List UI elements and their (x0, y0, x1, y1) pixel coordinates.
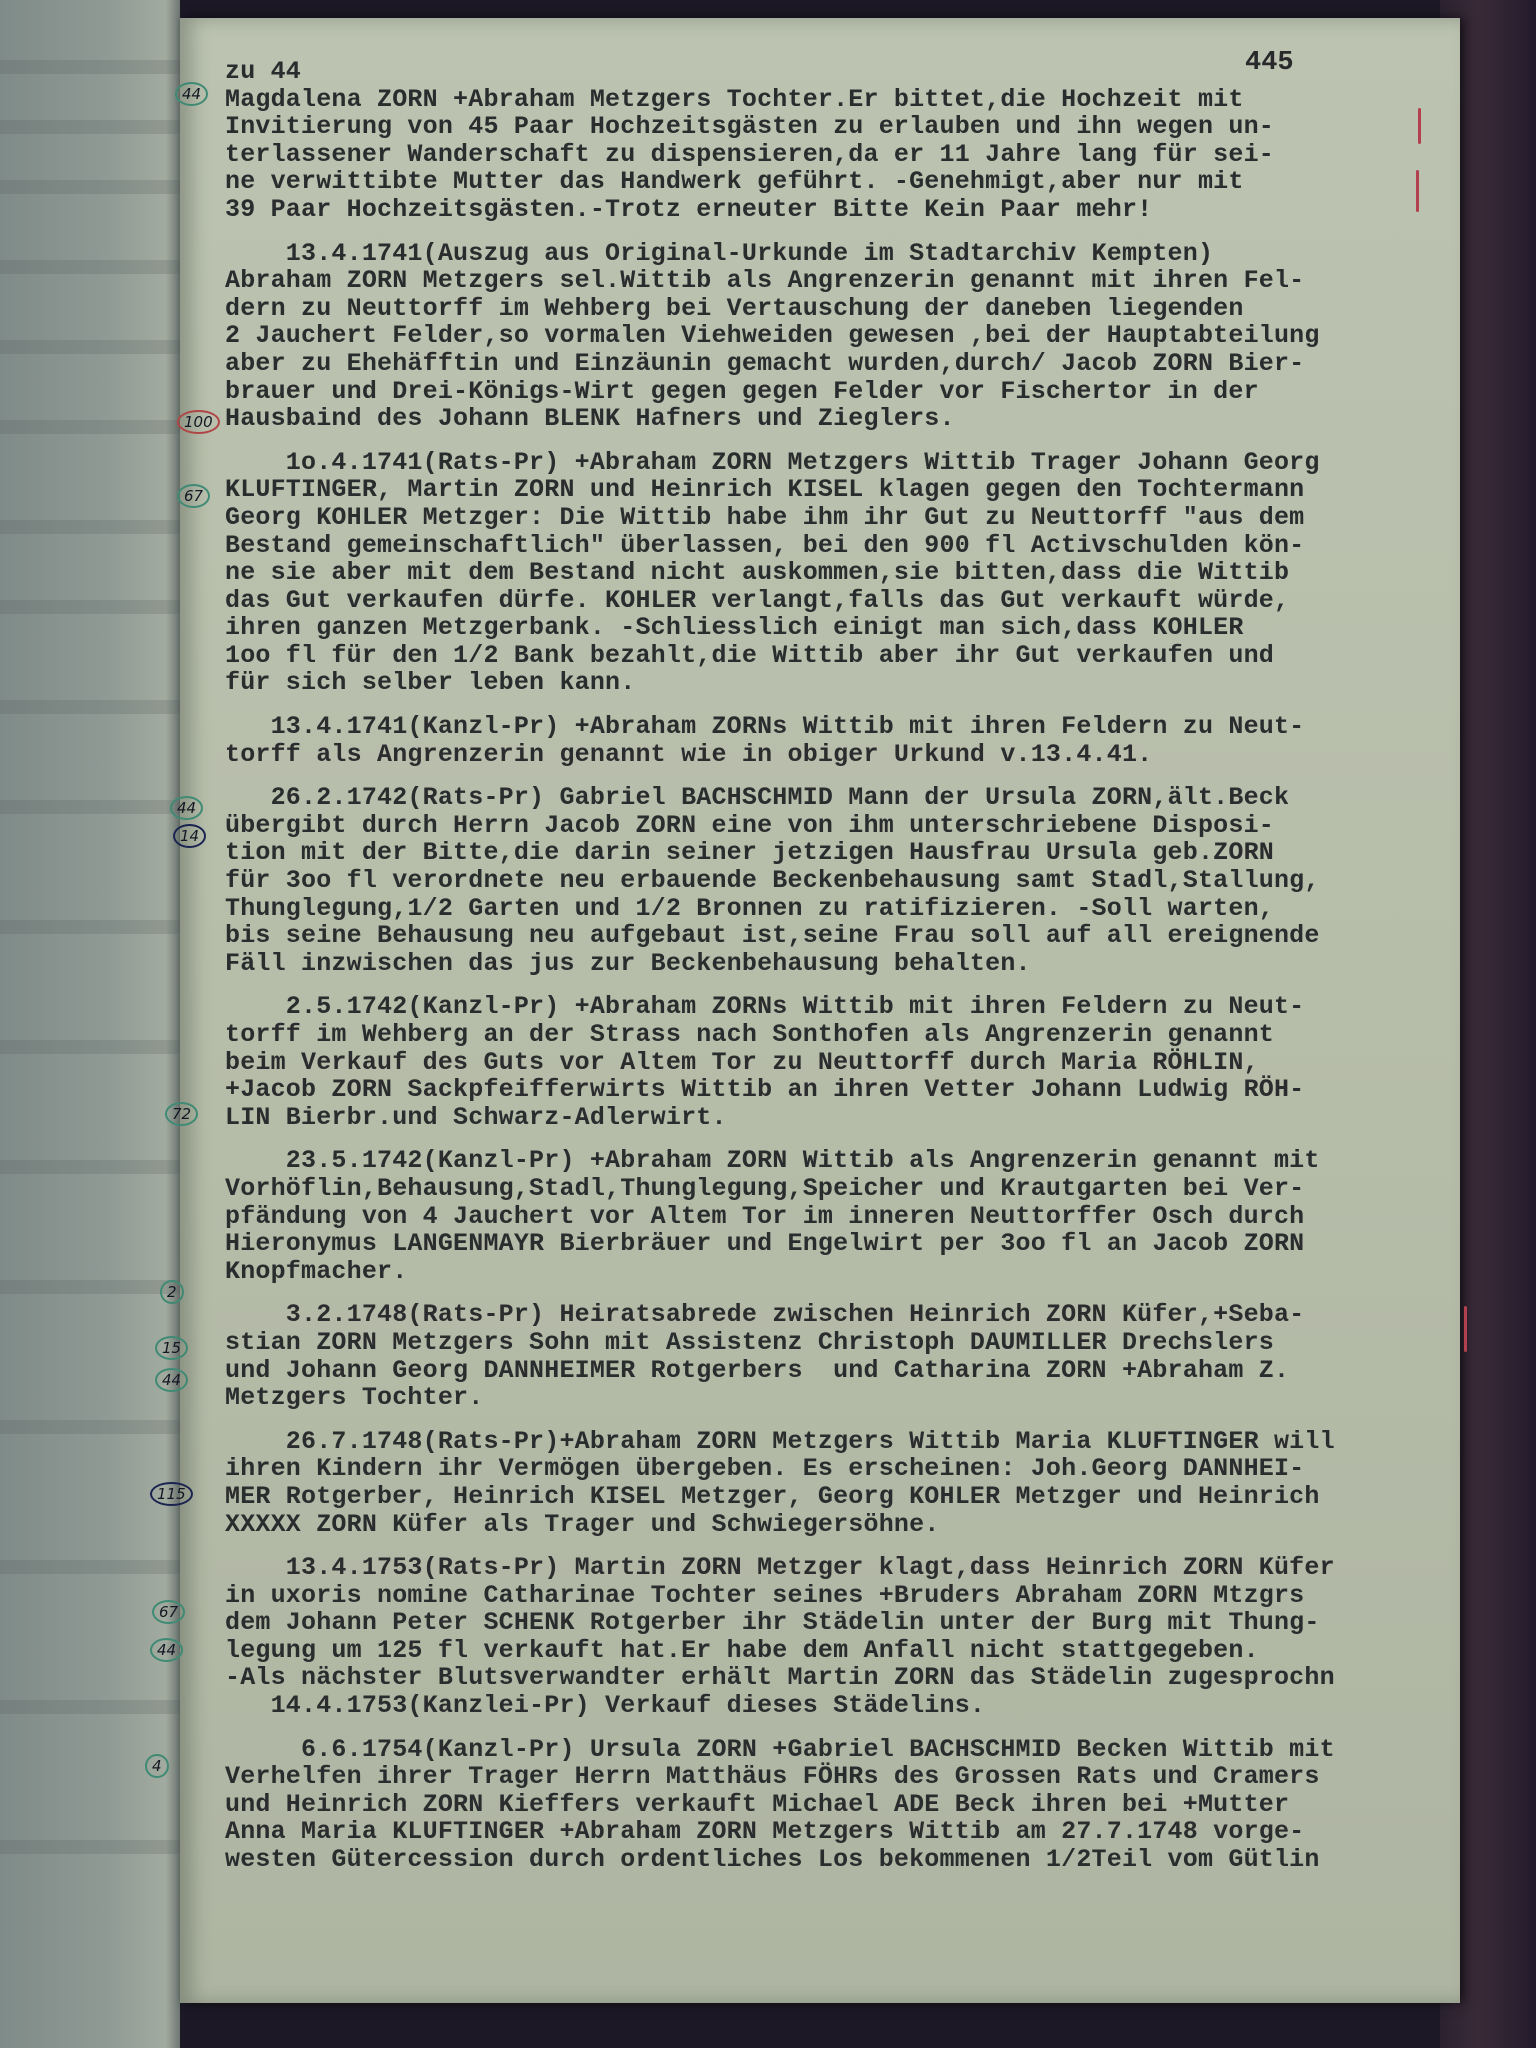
text-line: für sich selber leben kann. (225, 669, 1455, 697)
text-line: KLUFTINGER, Martin ZORN und Heinrich KIS… (225, 476, 1455, 504)
entry: 13.4.1741(Auszug aus Original-Urkunde im… (225, 240, 1455, 433)
margin-annotation: 44 (175, 82, 208, 106)
margin-annotation: 72 (165, 1102, 198, 1126)
text-line: 13.4.1741(Auszug aus Original-Urkunde im… (225, 240, 1455, 268)
text-line: 39 Paar Hochzeitsgästen.-Trotz erneuter … (225, 196, 1455, 224)
text-line: übergibt durch Herrn Jacob ZORN eine von… (225, 812, 1455, 840)
text-line: 6.6.1754(Kanzl-Pr) Ursula ZORN +Gabriel … (225, 1736, 1455, 1764)
text-line: 13.4.1753(Rats-Pr) Martin ZORN Metzger k… (225, 1554, 1455, 1582)
red-margin-mark (1416, 170, 1419, 212)
text-line: 23.5.1742(Kanzl-Pr) +Abraham ZORN Wittib… (225, 1147, 1455, 1175)
text-line: 3.2.1748(Rats-Pr) Heiratsabrede zwischen… (225, 1301, 1455, 1329)
text-line: pfändung von 4 Jauchert vor Altem Tor im… (225, 1203, 1455, 1231)
text-line: +Jacob ZORN Sackpfeifferwirts Wittib an … (225, 1076, 1455, 1104)
margin-annotation: 44 (155, 1368, 188, 1392)
text-line: torff als Angrenzerin genannt wie in obi… (225, 741, 1455, 769)
entry: 26.7.1748(Rats-Pr)+Abraham ZORN Metzgers… (225, 1428, 1455, 1538)
text-line: Anna Maria KLUFTINGER +Abraham ZORN Metz… (225, 1818, 1455, 1846)
text-line: Invitierung von 45 Paar Hochzeitsgästen … (225, 113, 1455, 141)
text-line: XXXXX ZORN Küfer als Trager und Schwiege… (225, 1511, 1455, 1539)
text-line: dem Johann Peter SCHENK Rotgerber ihr St… (225, 1609, 1455, 1637)
text-line: beim Verkauf des Guts vor Altem Tor zu N… (225, 1049, 1455, 1077)
text-line: brauer und Drei-Königs-Wirt gegen gegen … (225, 378, 1455, 406)
document-page: 445 zu 44Magdalena ZORN +Abraham Metzger… (180, 18, 1460, 2003)
text-line: Knopfmacher. (225, 1258, 1455, 1286)
entry: 1o.4.1741(Rats-Pr) +Abraham ZORN Metzger… (225, 449, 1455, 697)
text-line: aber zu Ehehäfftin und Einzäunin gemacht… (225, 350, 1455, 378)
text-line: stian ZORN Metzgers Sohn mit Assistenz C… (225, 1329, 1455, 1357)
margin-annotation: 100 (177, 410, 220, 434)
margin-annotation: 44 (170, 796, 203, 820)
text-line: 26.7.1748(Rats-Pr)+Abraham ZORN Metzgers… (225, 1428, 1455, 1456)
text-line: ihren Kindern ihr Vermögen übergeben. Es… (225, 1455, 1455, 1483)
text-line: ne verwittibte Mutter das Handwerk gefüh… (225, 168, 1455, 196)
entry: zu 44Magdalena ZORN +Abraham Metzgers To… (225, 58, 1455, 224)
text-line: 1o.4.1741(Rats-Pr) +Abraham ZORN Metzger… (225, 449, 1455, 477)
text-line: 26.2.1742(Rats-Pr) Gabriel BACHSCHMID Ma… (225, 784, 1455, 812)
entry: 2.5.1742(Kanzl-Pr) +Abraham ZORNs Wittib… (225, 993, 1455, 1131)
margin-annotation: 15 (155, 1336, 188, 1360)
entry: 6.6.1754(Kanzl-Pr) Ursula ZORN +Gabriel … (225, 1736, 1455, 1874)
text-line: in uxoris nomine Catharinae Tochter sein… (225, 1582, 1455, 1610)
text-line: ne sie aber mit dem Bestand nicht auskom… (225, 559, 1455, 587)
text-line: terlassener Wanderschaft zu dispensieren… (225, 141, 1455, 169)
text-line: Thunglegung,1/2 Garten und 1/2 Bronnen z… (225, 895, 1455, 923)
text-line: Metzgers Tochter. (225, 1384, 1455, 1412)
text-line: Hieronymus LANGENMAYR Bierbräuer und Eng… (225, 1230, 1455, 1258)
text-line: 1oo fl für den 1/2 Bank bezahlt,die Witt… (225, 642, 1455, 670)
text-line: 2 Jauchert Felder,so vormalen Viehweiden… (225, 322, 1455, 350)
red-margin-mark (1418, 108, 1421, 144)
text-line: MER Rotgerber, Heinrich KISEL Metzger, G… (225, 1483, 1455, 1511)
text-line: Abraham ZORN Metzgers sel.Wittib als Ang… (225, 267, 1455, 295)
text-line: dern zu Neuttorff im Wehberg bei Vertaus… (225, 295, 1455, 323)
text-line: Magdalena ZORN +Abraham Metzgers Tochter… (225, 86, 1455, 114)
typewritten-text: zu 44Magdalena ZORN +Abraham Metzgers To… (225, 58, 1455, 1874)
text-line: westen Gütercession durch ordentliches L… (225, 1846, 1455, 1874)
text-line: 2.5.1742(Kanzl-Pr) +Abraham ZORNs Wittib… (225, 993, 1455, 1021)
text-line: Fäll inzwischen das jus zur Beckenbehaus… (225, 950, 1455, 978)
margin-annotation: 4 (145, 1754, 169, 1778)
text-line: ihren ganzen Metzgerbank. -Schliesslich … (225, 614, 1455, 642)
margin-annotation: 67 (177, 484, 210, 508)
margin-annotation: 44 (150, 1638, 183, 1662)
facing-page-left (0, 0, 180, 2048)
entry: 13.4.1741(Kanzl-Pr) +Abraham ZORNs Witti… (225, 713, 1455, 768)
entry: 3.2.1748(Rats-Pr) Heiratsabrede zwischen… (225, 1301, 1455, 1411)
text-line: bis seine Behausung neu aufgebaut ist,se… (225, 922, 1455, 950)
text-line: und Heinrich ZORN Kieffers verkauft Mich… (225, 1791, 1455, 1819)
text-line: torff im Wehberg an der Strass nach Sont… (225, 1021, 1455, 1049)
text-line: 13.4.1741(Kanzl-Pr) +Abraham ZORNs Witti… (225, 713, 1455, 741)
text-line: LIN Bierbr.und Schwarz-Adlerwirt. (225, 1104, 1455, 1132)
text-line: tion mit der Bitte,die darin seiner jetz… (225, 839, 1455, 867)
text-line: Georg KOHLER Metzger: Die Wittib habe ih… (225, 504, 1455, 532)
margin-annotation: 67 (152, 1600, 185, 1624)
margin-annotation: 2 (160, 1280, 184, 1304)
text-line: für 3oo fl verordnete neu erbauende Beck… (225, 867, 1455, 895)
text-line: Verhelfen ihrer Trager Herrn Matthäus FÖ… (225, 1763, 1455, 1791)
text-line: Vorhöflin,Behausung,Stadl,Thunglegung,Sp… (225, 1175, 1455, 1203)
red-margin-mark (1464, 1306, 1467, 1352)
text-line: Bestand gemeinschaftlich" überlassen, be… (225, 532, 1455, 560)
text-line: -Als nächster Blutsverwandter erhält Mar… (225, 1664, 1455, 1692)
text-line: Hausbaind des Johann BLENK Hafners und Z… (225, 405, 1455, 433)
entry: 23.5.1742(Kanzl-Pr) +Abraham ZORN Wittib… (225, 1147, 1455, 1285)
entry: 13.4.1753(Rats-Pr) Martin ZORN Metzger k… (225, 1554, 1455, 1720)
text-line: 14.4.1753(Kanzlei-Pr) Verkauf dieses Stä… (225, 1692, 1455, 1720)
text-line: zu 44 (225, 58, 1455, 86)
text-line: legung um 125 fl verkauft hat.Er habe de… (225, 1637, 1455, 1665)
text-line: und Johann Georg DANNHEIMER Rotgerbers u… (225, 1357, 1455, 1385)
margin-annotation: 115 (150, 1482, 193, 1506)
entry: 26.2.1742(Rats-Pr) Gabriel BACHSCHMID Ma… (225, 784, 1455, 977)
text-line: das Gut verkaufen dürfe. KOHLER verlangt… (225, 587, 1455, 615)
margin-annotation: 14 (173, 824, 206, 848)
